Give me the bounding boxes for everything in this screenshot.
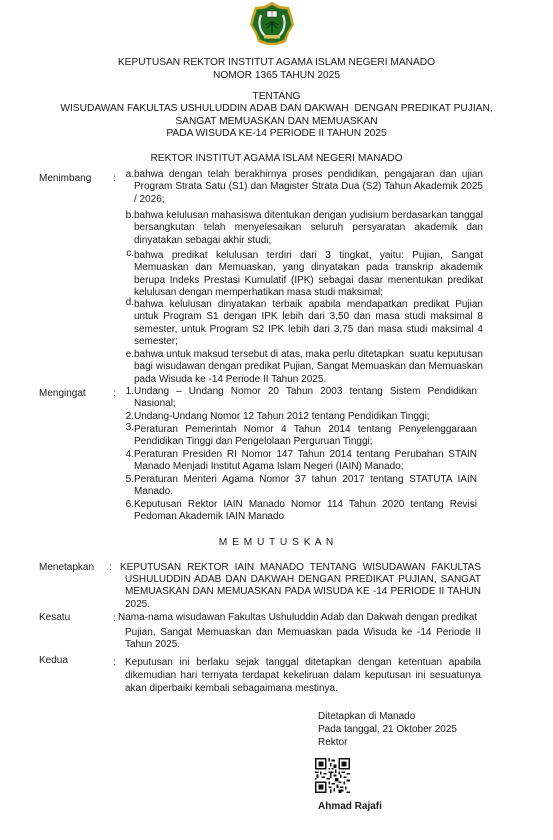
mengingat-item-1: Undang – Undang Nomor 20 Tahun 2003 tent…	[134, 386, 477, 411]
kesatu-text-rest: Pujian, Sangat Memuaskan dan Memuaskan p…	[125, 627, 481, 652]
menimbang-marker-d: d.	[120, 297, 134, 309]
menimbang-item-b: bahwa kelulusan mahasiswa ditentukan den…	[134, 210, 483, 247]
menimbang-marker-a: a.	[120, 169, 134, 181]
tentang-heading: TENTANG	[0, 91, 553, 103]
mengingat-label: Mengingat	[39, 388, 86, 400]
signature-date: Pada tanggal, 21 Oktober 2025	[318, 724, 457, 737]
subject-line-2: SANGAT MEMUASKAN DAN MEMUASKAN	[0, 116, 553, 128]
menimbang-item-c: bahwa predikat kelulusan terdiri dari 3 …	[134, 250, 483, 299]
signatory-name: Ahmad Rajafi	[318, 801, 382, 814]
kedua-colon: :	[113, 657, 116, 669]
kesatu-colon: :	[113, 613, 116, 625]
menetapkan-label: Menetapkan	[39, 562, 94, 574]
menimbang-item-e: bahwa untuk maksud tersebut di atas, mak…	[134, 349, 483, 386]
mengingat-item-3: Peraturan Pemerintah Nomor 4 Tahun 2014 …	[134, 424, 477, 449]
qr-code-signature-icon	[315, 758, 350, 793]
kedua-text: Keputusan ini berlaku sejak tanggal dite…	[125, 656, 481, 695]
iain-manado-emblem-icon	[249, 1, 295, 47]
signature-place: Ditetapkan di Manado	[318, 711, 415, 724]
mengingat-marker-4: 4.	[120, 449, 134, 461]
memutuskan-heading: M E M U T U S K A N	[0, 537, 553, 549]
signature-position: Rektor	[318, 737, 347, 750]
mengingat-item-5: Peraturan Menteri Agama Nomor 37 tahun 2…	[134, 474, 477, 499]
subject-line-1: WISUDAWAN FAKULTAS USHULUDDIN ADAB DAN D…	[0, 103, 553, 115]
decree-number: NOMOR 1365 TAHUN 2025	[0, 70, 553, 82]
menimbang-item-d: bahwa kelulusan dinyatakan terbaik apabi…	[134, 299, 483, 348]
mengingat-marker-3: 3.	[120, 422, 134, 434]
menimbang-label: Menimbang	[39, 173, 91, 185]
menimbang-marker-c: c.	[120, 248, 134, 260]
kedua-label: Kedua	[39, 655, 68, 667]
mengingat-item-2: Undang-Undang Nomor 12 Tahun 2012 tentan…	[134, 411, 477, 423]
mengingat-marker-5: 5.	[120, 474, 134, 486]
mengingat-marker-6: 6.	[120, 499, 134, 511]
menimbang-item-a: bahwa dengan telah berakhirnya proses pe…	[134, 169, 483, 206]
authority-heading: REKTOR INSTITUT AGAMA ISLAM NEGERI MANAD…	[0, 153, 553, 165]
menetapkan-text-rest: USHULUDDIN ADAB DAN DAKWAH DENGAN PREDIK…	[125, 574, 481, 611]
mengingat-marker-1: 1.	[120, 386, 134, 398]
menimbang-marker-b: b.	[120, 210, 134, 222]
menetapkan-text-first-line: KEPUTUSAN REKTOR IAIN MANADO TENTANG WIS…	[120, 562, 481, 574]
mengingat-item-4: Peraturan Presiden RI Nomor 147 Tahun 20…	[134, 449, 477, 474]
mengingat-colon: :	[113, 388, 116, 400]
decree-title: KEPUTUSAN REKTOR INSTITUT AGAMA ISLAM NE…	[0, 57, 553, 69]
menimbang-colon: :	[113, 173, 116, 185]
kesatu-text-first-line: Nama-nama wisudawan Fakultas Ushuluddin …	[118, 612, 484, 624]
menimbang-marker-e: e.	[120, 349, 134, 361]
menetapkan-colon: :	[109, 562, 112, 574]
kesatu-label: Kesatu	[39, 612, 70, 624]
mengingat-item-6: Keputusan Rektor IAIN Manado Nomor 114 T…	[134, 499, 477, 524]
subject-line-3: PADA WISUDA KE-14 PERIODE II TAHUN 2025	[0, 128, 553, 140]
